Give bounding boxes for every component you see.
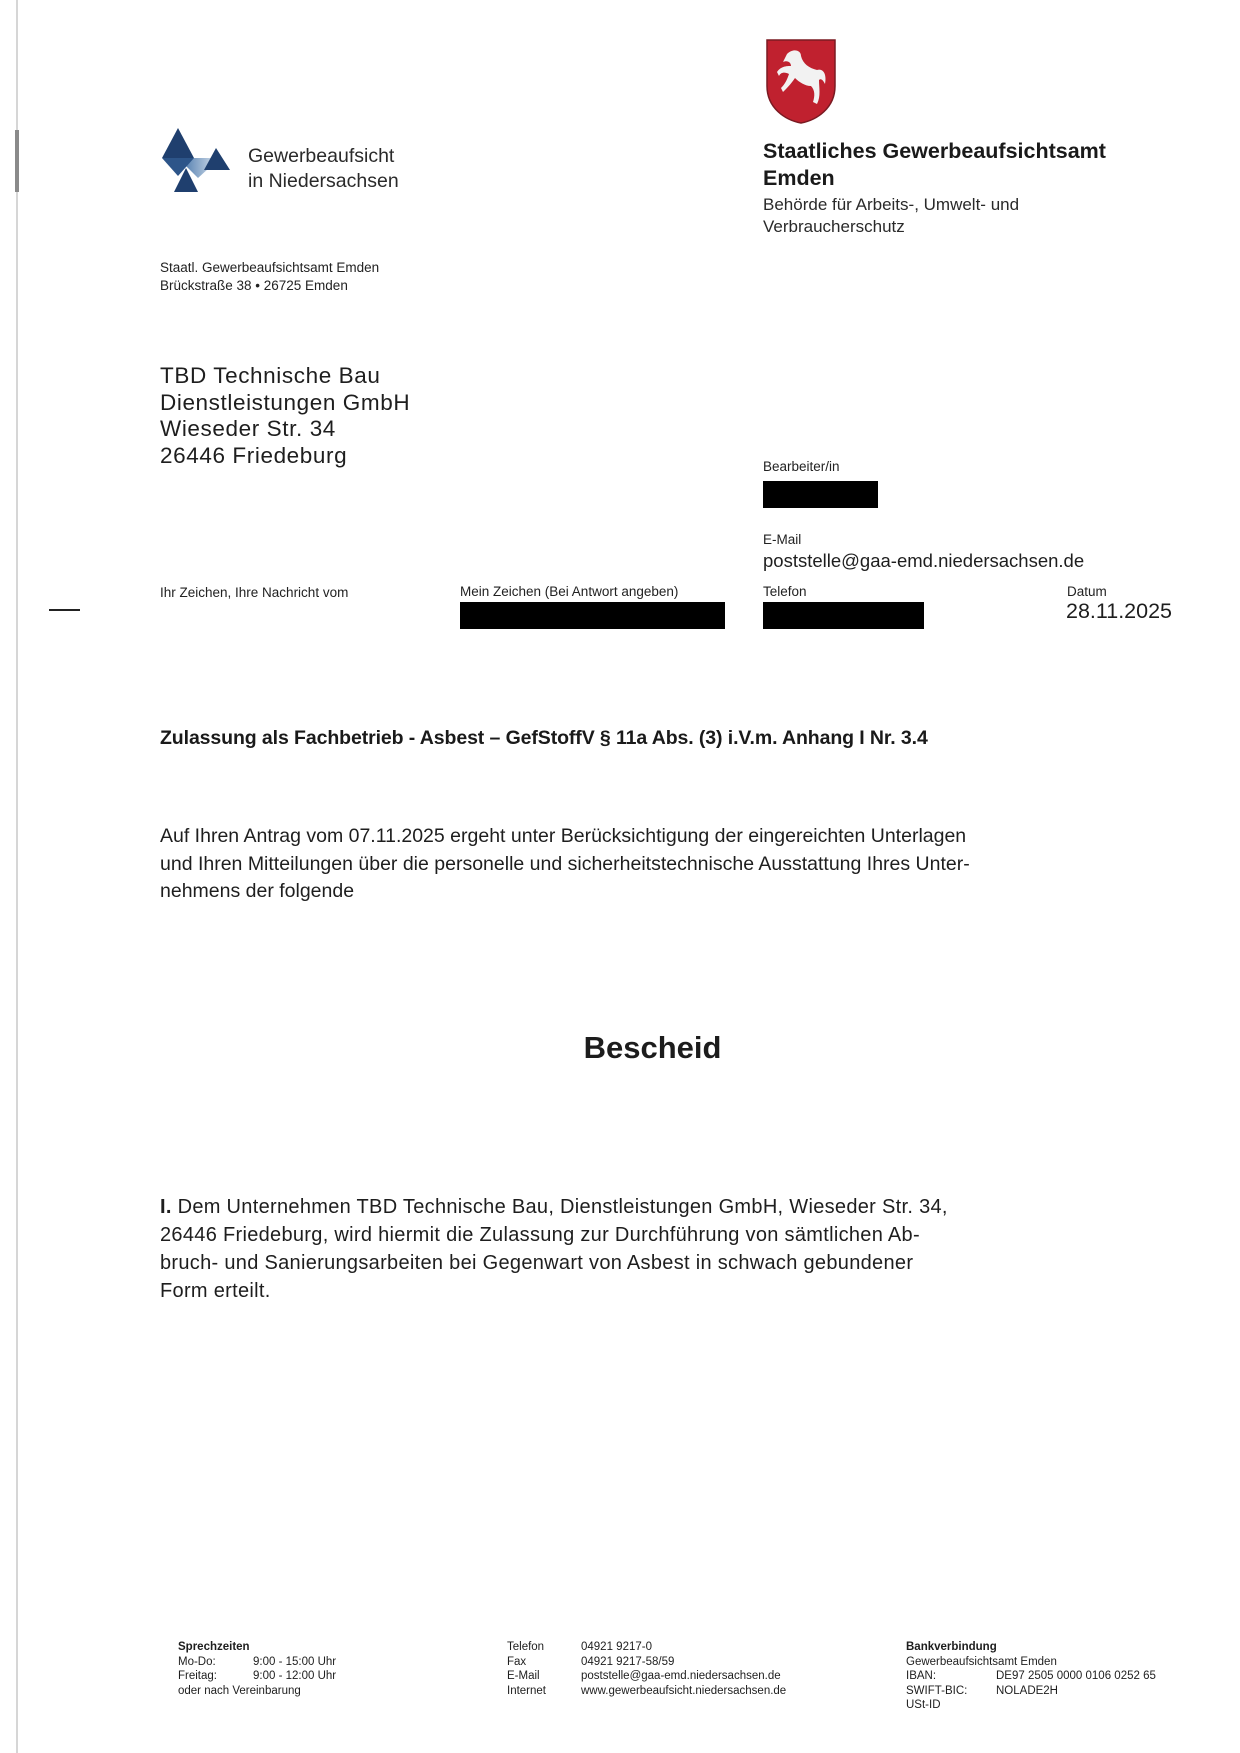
hours-note: oder nach Vereinbarung: [178, 1684, 336, 1699]
document-heading: Bescheid: [0, 1030, 1240, 1066]
item-line4: Form erteilt.: [160, 1277, 1140, 1305]
item-line1: Dem Unternehmen TBD Technische Bau, Dien…: [178, 1196, 948, 1218]
gaa-logo-line1: Gewerbeaufsicht: [248, 144, 399, 169]
item-number: I.: [160, 1196, 172, 1218]
scan-edge-mark: [15, 130, 19, 192]
intro-line2: und Ihren Mitteilungen über die personel…: [160, 851, 1120, 879]
sender-line2: Brückstraße 38 • 26725 Emden: [160, 277, 379, 295]
office-title-line2: Emden: [763, 165, 1106, 192]
telefon-redaction: [763, 602, 924, 629]
bank-row-iban: IBAN: DE97 2505 0000 0106 0252 65: [906, 1669, 1156, 1684]
email-label: E-Mail: [763, 532, 801, 547]
hours-row: Mo-Do: 9:00 - 15:00 Uhr: [178, 1655, 336, 1670]
lower-saxony-horse-coat-of-arms-icon: [765, 38, 837, 124]
intro-line3: nehmens der folgende: [160, 878, 1120, 906]
recipient-line3: Wieseder Str. 34: [160, 416, 410, 443]
hours-row: Freitag: 9:00 - 12:00 Uhr: [178, 1669, 336, 1684]
subject-line: Zulassung als Fachbetrieb - Asbest – Gef…: [160, 727, 928, 750]
bank-title: Bankverbindung: [906, 1640, 1156, 1655]
office-title-line1: Staatliches Gewerbeaufsichtsamt: [763, 138, 1106, 165]
recipient-line2: Dienstleistungen GmbH: [160, 390, 410, 417]
office-subtitle-line1: Behörde für Arbeits-, Umwelt- und: [763, 194, 1106, 216]
gaa-triangles-logo-icon: [160, 128, 232, 194]
mein-zeichen-redaction: [460, 602, 725, 629]
contact-row-fax: Fax 04921 9217-58/59: [507, 1655, 786, 1670]
recipient-address: TBD Technische Bau Dienstleistungen GmbH…: [160, 363, 410, 469]
footer-contact: Telefon 04921 9217-0 Fax 04921 9217-58/5…: [507, 1640, 786, 1698]
intro-line1: Auf Ihren Antrag vom 07.11.2025 ergeht u…: [160, 823, 1120, 851]
fold-mark: [49, 609, 80, 611]
footer-office-hours: Sprechzeiten Mo-Do: 9:00 - 15:00 Uhr Fre…: [178, 1640, 336, 1698]
sender-line1: Staatl. Gewerbeaufsichtsamt Emden: [160, 259, 379, 277]
email-value: poststelle@gaa-emd.niedersachsen.de: [763, 550, 1084, 572]
bank-row-ustid: USt-ID: [906, 1698, 1156, 1713]
ihr-zeichen-label: Ihr Zeichen, Ihre Nachricht vom: [160, 585, 348, 600]
contact-row-internet: Internet www.gewerbeaufsicht.niedersachs…: [507, 1684, 786, 1699]
bearbeiter-label: Bearbeiter/in: [763, 459, 840, 474]
footer-bank: Bankverbindung Gewerbeaufsichtsamt Emden…: [906, 1640, 1156, 1713]
telefon-label: Telefon: [763, 584, 807, 599]
bearbeiter-redaction: [763, 481, 878, 508]
bank-row-bic: SWIFT-BIC: NOLADE2H: [906, 1684, 1156, 1699]
office-header: Staatliches Gewerbeaufsichtsamt Emden Be…: [763, 138, 1106, 238]
datum-value: 28.11.2025: [1066, 599, 1172, 624]
scan-edge-line: [16, 0, 18, 1753]
mein-zeichen-label: Mein Zeichen (Bei Antwort angeben): [460, 584, 678, 599]
contact-row-email: E-Mail poststelle@gaa-emd.niedersachsen.…: [507, 1669, 786, 1684]
contact-row-telefon: Telefon 04921 9217-0: [507, 1640, 786, 1655]
datum-label: Datum: [1067, 584, 1107, 599]
hours-title: Sprechzeiten: [178, 1640, 336, 1655]
gaa-logo-text: Gewerbeaufsicht in Niedersachsen: [248, 144, 399, 194]
recipient-line4: 26446 Friedeburg: [160, 443, 410, 470]
intro-paragraph: Auf Ihren Antrag vom 07.11.2025 ergeht u…: [160, 823, 1120, 906]
gaa-logo-line2: in Niedersachsen: [248, 169, 399, 194]
office-subtitle-line2: Verbraucherschutz: [763, 216, 1106, 238]
sender-address: Staatl. Gewerbeaufsichtsamt Emden Brücks…: [160, 259, 379, 295]
decision-item-1: I. Dem Unternehmen TBD Technische Bau, D…: [160, 1193, 1140, 1305]
recipient-line1: TBD Technische Bau: [160, 363, 410, 390]
item-line3: bruch- und Sanierungsarbeiten bei Gegenw…: [160, 1249, 1140, 1277]
bank-holder: Gewerbeaufsichtsamt Emden: [906, 1655, 1156, 1670]
item-line2: 26446 Friedeburg, wird hiermit die Zulas…: [160, 1221, 1140, 1249]
